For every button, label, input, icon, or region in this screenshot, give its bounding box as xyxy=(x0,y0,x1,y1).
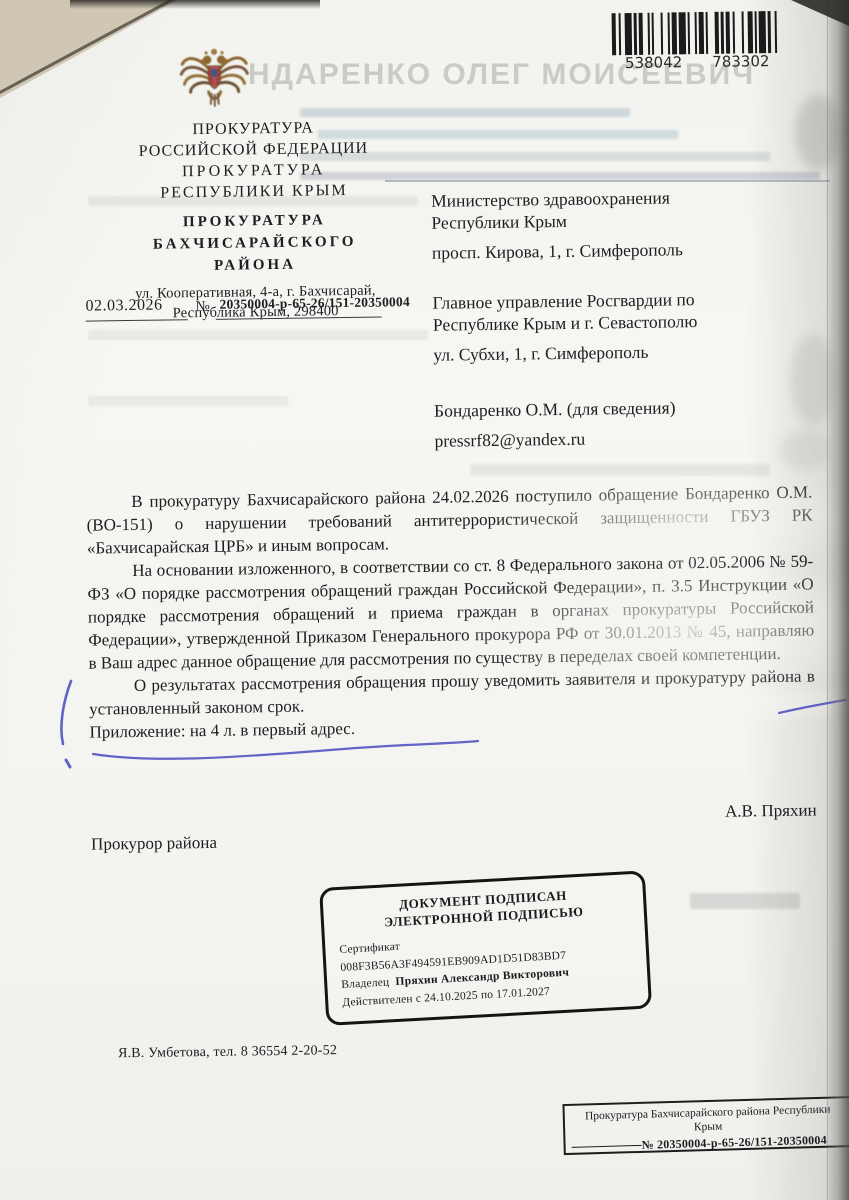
barcode-numbers: 538042 783302 xyxy=(608,52,786,72)
stamp-owner-label: Владелец xyxy=(341,976,390,991)
reference-date: 02.03.2026 xyxy=(85,297,162,316)
scan-corner-top-right xyxy=(791,0,849,26)
scanned-letter-page: НДАРЕНКО ОЛЕГ МОИСЕЕВИЧ 538042 783302 xyxy=(0,0,849,1200)
executor-contact-line: Я.В. Умбетова, тел. 8 36554 2-20-52 xyxy=(118,1043,337,1062)
body-paragraph: На основании изложенного, в соответствии… xyxy=(87,550,815,675)
recipient-name: Республике Крым и г. Севастополю xyxy=(433,308,833,336)
barcode-number-left: 538042 xyxy=(625,53,683,72)
recipient-email: pressrf82@yandex.ru xyxy=(434,424,834,452)
scan-top-shadow xyxy=(70,0,320,9)
registration-stamp: Прокуратура Бахчисарайского района Респу… xyxy=(562,1096,849,1155)
reference-number: 20350004-р-65-26/151-20350004 xyxy=(219,294,410,313)
page-edge-line-right xyxy=(827,0,828,1200)
body-paragraph: В прокуратуру Бахчисарайского района 24.… xyxy=(86,481,813,560)
recipient-name: Республики Крым xyxy=(431,206,831,234)
recipients-block: Министерство здравоохранения Республики … xyxy=(431,184,835,452)
scan-right-shadow xyxy=(825,0,849,1200)
postal-barcode xyxy=(612,11,783,55)
letter-body: В прокуратуру Бахчисарайского района 24.… xyxy=(86,481,815,744)
coat-of-arms-icon xyxy=(178,45,251,123)
registration-number: № 20350004-р-65-26/151-20350004 xyxy=(641,1133,827,1153)
barcode-number-right: 783302 xyxy=(712,52,770,71)
reference-number-sign: № xyxy=(195,299,210,316)
electronic-signature-stamp: ДОКУМЕНТ ПОДПИСАН ЭЛЕКТРОННОЙ ПОДПИСЬЮ С… xyxy=(319,870,652,1025)
signer-position: Прокурор района xyxy=(91,833,217,855)
recipient-name: Бондаренко О.М. (для сведения) xyxy=(434,394,834,422)
registration-rule-line xyxy=(572,1145,642,1148)
stamp-certificate-label: Сертификат xyxy=(339,941,400,956)
signer-name: А.В. Пряхин xyxy=(91,800,817,830)
